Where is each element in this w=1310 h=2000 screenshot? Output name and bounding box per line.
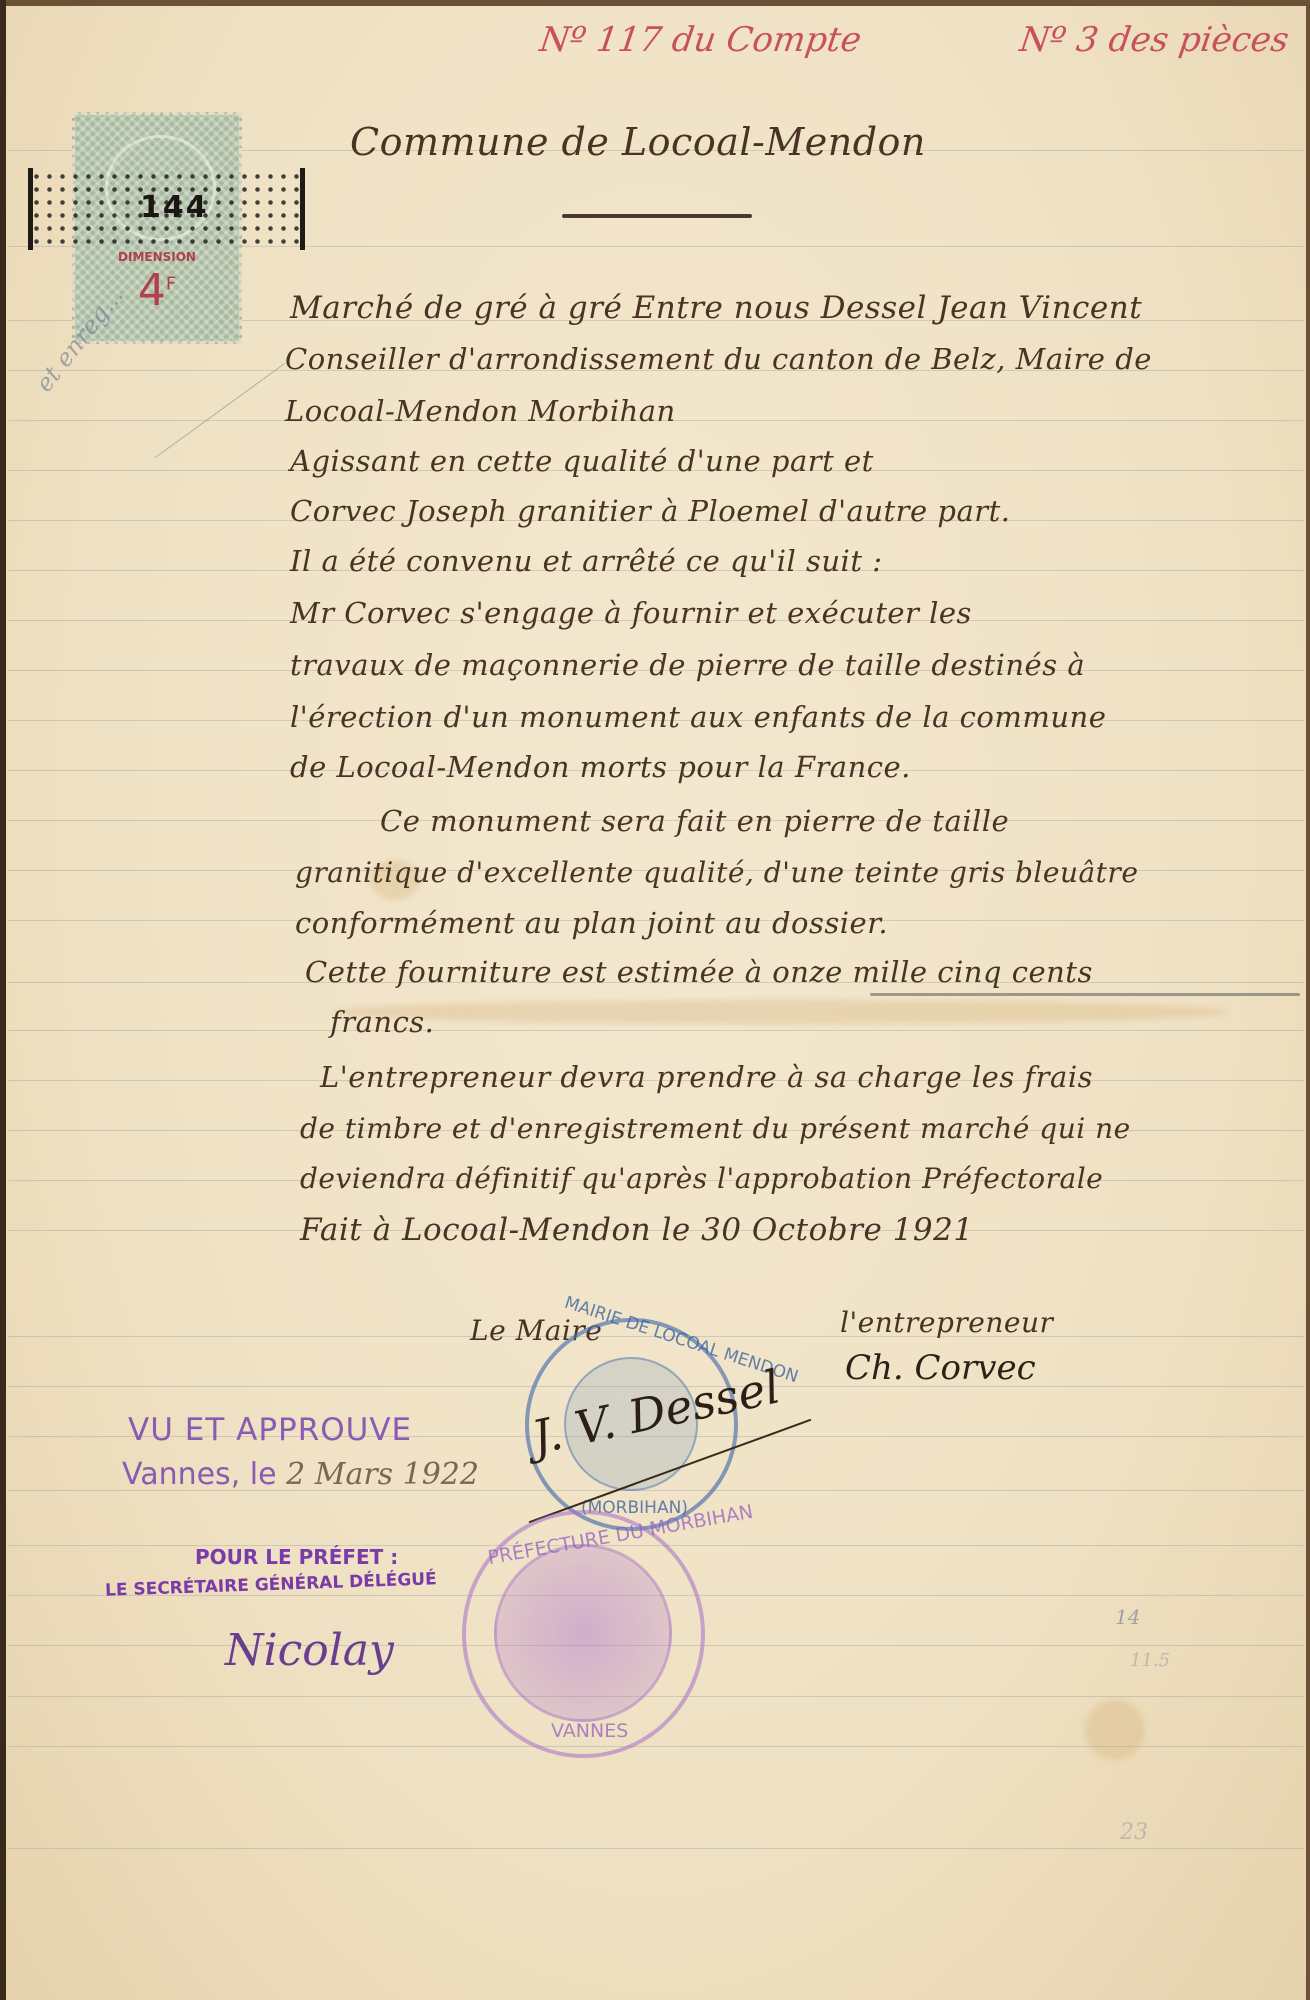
pencil-mark: 23 xyxy=(1120,1820,1148,1845)
body-line: l'érection d'un monument aux enfants de … xyxy=(290,700,1106,734)
body-line: francs. xyxy=(330,1005,434,1039)
body-line: de timbre et d'enregistrement du présent… xyxy=(300,1112,1131,1145)
body-line: Corvec Joseph granitier à Ploemel d'autr… xyxy=(290,494,1011,528)
document-page: Nº 117 du Compte Nº 3 des pièces DIMENSI… xyxy=(0,0,1310,2000)
water-stain xyxy=(1085,1700,1145,1760)
body-line: deviendra définitif qu'après l'approbati… xyxy=(300,1162,1103,1195)
body-line: Marché de gré à gré Entre nous Dessel Je… xyxy=(290,290,1142,326)
perforation-bar xyxy=(28,168,33,250)
prefecture-seal: PRÉFECTURE DU MORBIHAN VANNES xyxy=(462,1510,705,1758)
pencil-stroke xyxy=(155,363,285,458)
body-line: Conseiller d'arrondissement du canton de… xyxy=(285,342,1152,376)
approval-date: 2 Mars 1922 xyxy=(286,1457,479,1492)
piece-number-note: Nº 3 des pièces xyxy=(1017,20,1291,60)
approval-stamp: VU ET APPROUVE xyxy=(128,1412,412,1448)
body-line: de Locoal-Mendon morts pour la France. xyxy=(290,750,911,784)
body-line: Agissant en cette qualité d'une part et xyxy=(290,444,874,478)
perforation-bar xyxy=(300,168,305,250)
prefet-line: POUR LE PRÉFET : xyxy=(195,1545,398,1569)
body-line: Locoal-Mendon Morbihan xyxy=(285,394,676,428)
stamp-label: DIMENSION xyxy=(75,250,239,264)
cancel-number: 144 xyxy=(140,190,209,225)
body-line: Ce monument sera fait en pierre de taill… xyxy=(380,804,1009,838)
secretary-line: LE SECRÉTAIRE GÉNÉRAL DÉLÉGUÉ xyxy=(105,1569,437,1601)
body-line: Il a été convenu et arrêté ce qu'il suit… xyxy=(290,544,882,578)
seal-emblem-icon xyxy=(494,1544,672,1722)
body-line: conformément au plan joint au dossier. xyxy=(295,906,888,940)
ruled-line xyxy=(8,1030,1304,1031)
document-title: Commune de Locoal-Mendon xyxy=(350,120,926,164)
body-line: Cette fourniture est estimée à onze mill… xyxy=(305,955,1093,989)
water-stain xyxy=(330,1000,1230,1024)
pencil-mark: 11.5 xyxy=(1130,1650,1170,1671)
pencil-mark: 14 xyxy=(1115,1605,1140,1629)
body-line: L'entrepreneur devra prendre à sa charge… xyxy=(320,1060,1093,1094)
body-line: Mr Corvec s'engage à fournir et exécuter… xyxy=(290,596,972,630)
body-line-date: Fait à Locoal-Mendon le 30 Octobre 1921 xyxy=(300,1212,974,1248)
approval-place: Vannes, le 2 Mars 1922 xyxy=(122,1457,479,1492)
prefect-signature: Nicolay xyxy=(225,1625,394,1676)
ruled-line xyxy=(8,1848,1304,1849)
body-line: travaux de maçonnerie de pierre de taill… xyxy=(290,648,1085,682)
amount-underline xyxy=(870,993,1300,996)
title-divider xyxy=(562,214,752,218)
account-number-note: Nº 117 du Compte xyxy=(537,20,864,60)
contractor-label: l'entrepreneur xyxy=(840,1306,1053,1339)
contractor-signature: Ch. Corvec xyxy=(845,1348,1036,1388)
body-line: granitique d'excellente qualité, d'une t… xyxy=(295,856,1138,889)
